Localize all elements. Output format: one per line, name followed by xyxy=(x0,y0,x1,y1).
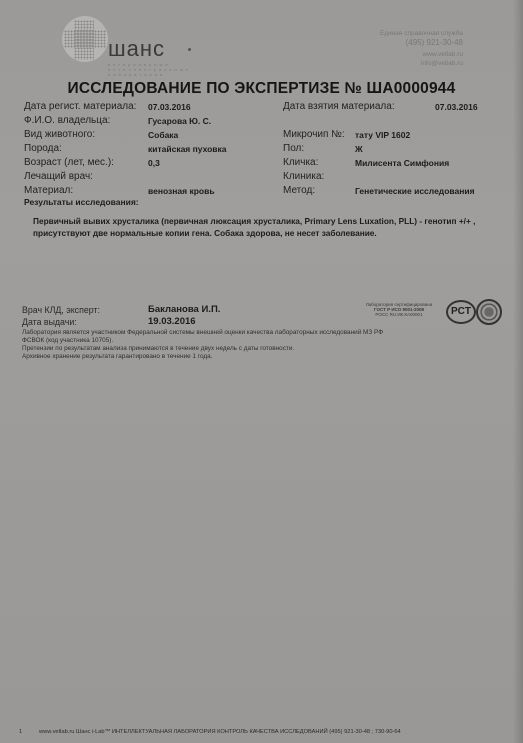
logo-dot xyxy=(188,48,191,51)
field-value-material: венозная кровь xyxy=(148,186,215,196)
note-archive: Архивное хранение результата гарантирова… xyxy=(22,353,212,360)
field-label-age: Возраст (лет, мес.): xyxy=(24,157,114,168)
lab-seal-icon xyxy=(476,299,502,325)
field-label-microchip: Микрочип №: xyxy=(283,129,345,140)
footer-text: www.vetlab.ru Шанс i-Lab™ ИНТЕЛЛЕКТУАЛЬН… xyxy=(39,729,401,735)
rst-certification-mark-icon: PCT xyxy=(446,300,476,324)
lab-logo: шанс ветеринарные интеллектуальные лабор… xyxy=(62,16,202,80)
doctor-label: Врач КЛД, эксперт: xyxy=(22,305,100,315)
field-label-method: Метод: xyxy=(283,185,315,196)
field-label-species: Вид животного: xyxy=(24,129,95,140)
certification-text: Лаборатория сертифицирована ГОСТ Р ИСО 9… xyxy=(358,302,440,317)
contact-email: info@vetlab.ru xyxy=(380,60,463,69)
field-value-species: Собака xyxy=(148,130,178,140)
page-number: 1 xyxy=(19,729,22,735)
contact-phone: (495) 921-30-48 xyxy=(380,39,463,48)
field-value-method: Генетические исследования xyxy=(355,186,475,196)
doctor-name: Бакланова И.П. xyxy=(148,304,220,315)
header-contacts: Единая справочная служба (495) 921-30-48… xyxy=(380,30,463,68)
contact-website: www.vetlab.ru xyxy=(380,51,463,60)
field-value-name: Милисента Симфония xyxy=(355,158,449,168)
page-edge-shadow xyxy=(513,0,523,743)
field-label-reg-date: Дата регист. материала: xyxy=(24,101,136,112)
field-value-owner: Гусарова Ю. С. xyxy=(148,116,211,126)
logo-text: шанс xyxy=(108,36,165,62)
logo-cross-icon-horizontal xyxy=(64,30,106,48)
results-text: Первичный вывих хрусталика (первичная лю… xyxy=(33,216,503,239)
field-label-material: Материал: xyxy=(24,185,73,196)
issue-date-value: 19.03.2016 xyxy=(148,316,196,327)
logo-subtitle: ветеринарные интеллектуальные лаборатори… xyxy=(108,62,203,77)
field-value-sample-date: 07.03.2016 xyxy=(435,102,478,112)
field-label-vet: Лечащий врач: xyxy=(24,171,93,182)
field-label-clinic: Клиника: xyxy=(283,171,324,182)
note-fsvok-code: ФСВОК (код участника 10705). xyxy=(22,337,113,344)
field-label-breed: Порода: xyxy=(24,143,62,154)
note-fsvok: Лаборатория является участником Федераль… xyxy=(22,329,383,336)
field-label-owner: Ф.И.О. владельца: xyxy=(24,115,110,126)
field-label-sample-date: Дата взятия материала: xyxy=(283,101,395,112)
document-title: ИССЛЕДОВАНИЕ ПО ЭКСПЕРТИЗЕ № ША0000944 xyxy=(0,80,523,98)
field-label-sex: Пол: xyxy=(283,143,304,154)
results-label: Результаты исследования: xyxy=(24,197,139,207)
field-value-sex: Ж xyxy=(355,144,363,154)
field-value-age: 0,3 xyxy=(148,158,160,168)
field-value-reg-date: 07.03.2016 xyxy=(148,102,191,112)
field-value-microchip: тату VIP 1602 xyxy=(355,130,410,140)
cert-line: РОСС RU.ИК.КА00001 xyxy=(358,312,440,317)
issue-date-label: Дата выдачи: xyxy=(22,317,77,327)
note-claims: Претензии по результатам анализа принима… xyxy=(22,345,294,352)
field-label-name: Кличка: xyxy=(283,157,318,168)
field-value-breed: китайская пуховка xyxy=(148,144,227,154)
